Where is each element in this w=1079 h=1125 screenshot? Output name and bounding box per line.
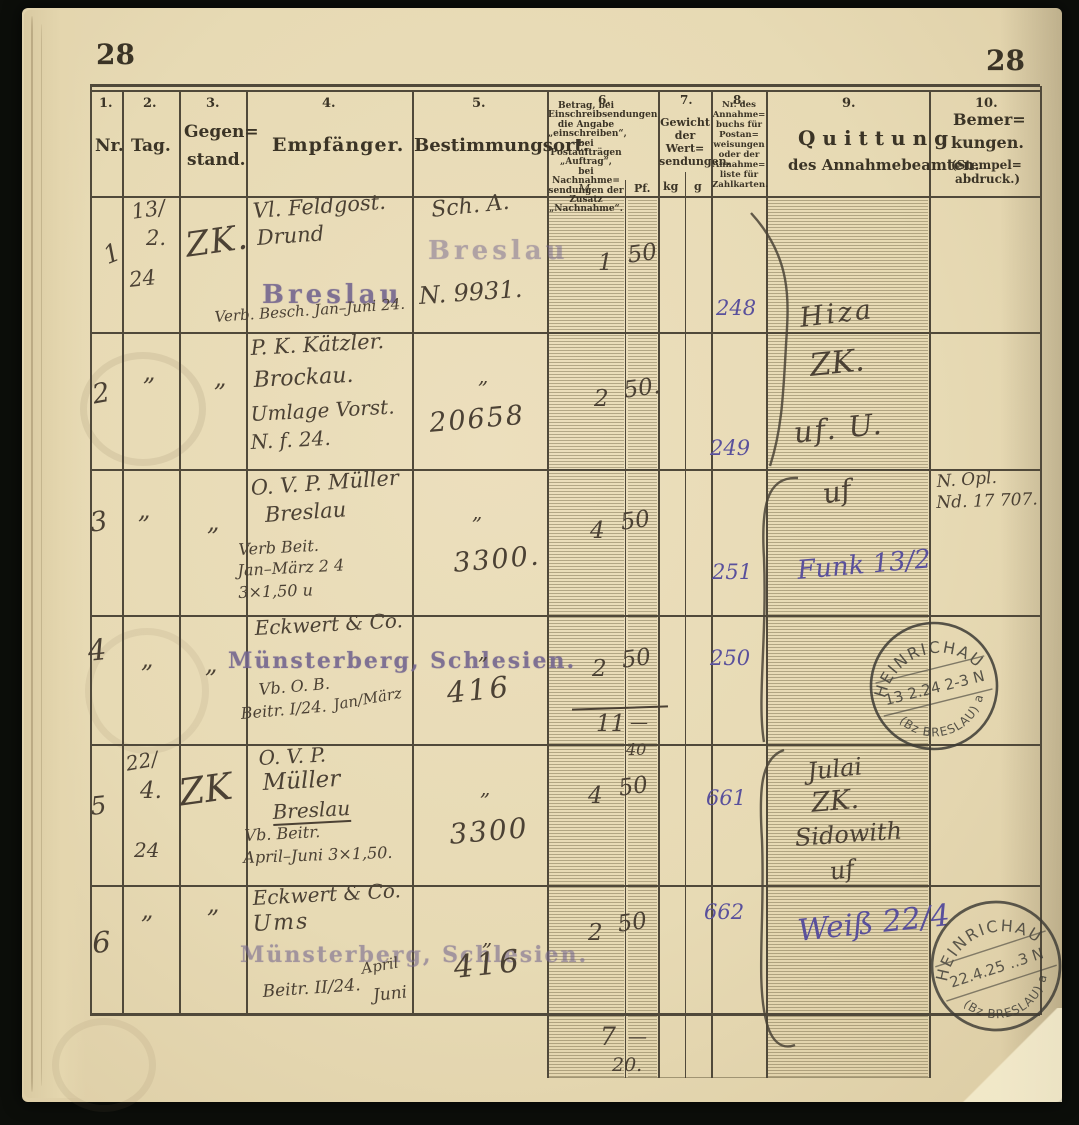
- col7-label-line: Gewicht: [659, 116, 711, 129]
- row4-bestimmungsort: 416: [445, 669, 513, 710]
- row5-gegenstand: ZK: [176, 765, 235, 815]
- col8-label: Nr. des Annahme= buchs für Postan= weisu…: [712, 100, 766, 190]
- row4-gegenstand-ditto: „: [205, 650, 217, 678]
- grid-v-7: [711, 92, 713, 1078]
- col2-number: 2.: [143, 96, 157, 111]
- col9-label-line1: Quittung: [798, 126, 955, 150]
- col10-label-line1: Bemer=: [953, 110, 1026, 129]
- col6-note-line: bei Postaufträgen: [548, 140, 624, 159]
- row1-betrag-m: 1: [598, 250, 613, 276]
- col6-sub-pf: Pf.: [634, 182, 650, 195]
- grid-v-right: [1040, 86, 1042, 1015]
- col1-number: 1.: [99, 96, 113, 111]
- col7-sub-kg: kg: [663, 180, 678, 193]
- row1-betrag-pf: 50: [626, 239, 659, 269]
- row6-nr: 6: [91, 925, 112, 960]
- row3-bemerkung-line2: Nd. 17 707.: [936, 489, 1038, 513]
- grid-v-6: [658, 92, 660, 1078]
- col7-label: Gewicht der Wert= sendungen.: [659, 116, 711, 168]
- row2-empfaenger-line4: N. f. 24.: [250, 426, 331, 454]
- row6-betrag-m: 2: [588, 920, 603, 946]
- col8-label-line: liste für: [712, 170, 766, 180]
- row6-gegenstand-ditto: „: [207, 890, 219, 918]
- col8-label-line: Nr. des: [712, 100, 766, 110]
- col8-label-line: Postan=: [712, 130, 766, 140]
- col7-label-line: sendungen.: [659, 155, 711, 168]
- page-edge-line-1: [31, 16, 33, 1092]
- page-number-left: 28: [96, 38, 135, 71]
- row2-tag-ditto: „: [143, 358, 155, 386]
- col5-number: 5.: [472, 96, 486, 111]
- row6-empfaenger-line2: Ums: [252, 909, 310, 937]
- row5-quittung-line4: uf: [828, 855, 856, 886]
- row3-betrag-m: 4: [590, 518, 605, 544]
- grid-h-overflow: [547, 1077, 929, 1078]
- row4-bestimmungsort-ditto: „: [478, 640, 488, 664]
- col10-number: 10.: [975, 96, 998, 111]
- row3-bemerkung-line1: N. Opl.: [936, 468, 998, 492]
- row3-bestimmungsort-ditto: „: [472, 500, 482, 524]
- row5-empfaenger-line1: O. V. P.: [258, 742, 327, 769]
- grid-h-bottom: [90, 1013, 1040, 1016]
- row3-betrag-pf: 50: [619, 506, 652, 536]
- row2-gegenstand-ditto: „: [214, 364, 226, 392]
- row5-betrag-m: 4: [588, 783, 603, 809]
- row2-bestimmungsort-ditto: „: [478, 364, 488, 388]
- row4-stamp-muensterberg: Münsterberg, Schlesien.: [228, 648, 576, 674]
- col8-label-line: Annahme=: [712, 160, 766, 170]
- col4-number: 4.: [322, 96, 336, 111]
- row5-bestimmungsort: 3300: [448, 811, 530, 851]
- col9-number: 9.: [842, 96, 856, 111]
- row4-betrag-pf: 50: [620, 644, 653, 674]
- row3-gegenstand-ditto: „: [207, 508, 219, 536]
- grid-h-r5: [90, 885, 1040, 887]
- col4-label: Empfänger.: [272, 134, 404, 156]
- row5-empfaenger-line2: Müller: [262, 766, 341, 796]
- row4-sum-m: 11: [596, 711, 625, 737]
- hatch-betrag-pf: [628, 197, 657, 1078]
- col8-label-line: weisungen: [712, 140, 766, 150]
- col8-label-line: Zahlkarten.: [712, 180, 766, 190]
- ghost-stamp-3: [52, 1018, 156, 1112]
- row5-bestimmungsort-ditto: „: [480, 776, 490, 800]
- col10-label-line2: kungen.: [951, 133, 1024, 152]
- row5-empfaenger-note1: Vb. Beitr.: [244, 822, 321, 845]
- row4-nr: 4: [86, 632, 108, 668]
- totals-pf: 20.: [612, 1054, 642, 1076]
- grid-v-kg-g: [685, 172, 686, 1078]
- row1-tag-line3: 24: [128, 265, 157, 292]
- grid-top-outer: [90, 84, 1040, 87]
- row5-betrag-pf: 50: [617, 772, 650, 802]
- row3-quittung-signature: uf: [820, 473, 854, 510]
- grid-v-left: [90, 86, 92, 1015]
- row6-annahme-nr: 662: [704, 900, 744, 924]
- grid-h-r1: [90, 332, 1040, 334]
- totals-m: 7: [600, 1022, 616, 1051]
- col3-label-line1: Gegen=: [184, 122, 259, 142]
- col8-label-line: buchs für: [712, 120, 766, 130]
- row4-betrag-m: 2: [592, 656, 607, 682]
- row6-stamp-muensterberg: Münsterberg, Schlesien.: [240, 942, 588, 968]
- ledger-scan: 28 28 1. 2. 3. 4. 5. 6. 7. 8. 9. 10. Nr.…: [0, 0, 1079, 1125]
- row3-tag-ditto: „: [138, 496, 150, 524]
- row1-empfaenger-line2: Drund: [256, 221, 325, 250]
- row6-tag-ditto: „: [141, 896, 153, 924]
- row1-tag-line1: 13/: [130, 195, 167, 223]
- postmark-heinrichau-1: HEINRICHAU 13 2.24 2-3 N (Bz BRESLAU) a: [858, 610, 1010, 762]
- grid-h-r2: [90, 469, 1040, 471]
- col7-number: 7.: [680, 93, 693, 107]
- row6-empfaenger-note3: Juni: [372, 982, 408, 1005]
- col1-label: Nr.: [95, 136, 124, 156]
- grid-v-2: [179, 92, 181, 1015]
- row5-tag-line3: 24: [134, 838, 159, 862]
- col7-label-line: der: [659, 129, 711, 142]
- grid-v-8: [766, 92, 768, 1078]
- col2-label: Tag.: [131, 136, 171, 156]
- row4-tag-ditto: „: [141, 645, 153, 673]
- col10-label-line4: abdruck.): [955, 172, 1020, 186]
- grid-top-inner: [90, 90, 1040, 92]
- col3-number: 3.: [206, 96, 220, 111]
- row4-sum-dash: —: [630, 712, 648, 733]
- col3-label-line2: stand.: [187, 150, 246, 170]
- row5-annahme-nr: 661: [706, 786, 746, 810]
- row6-bestimmungsort: 416: [452, 943, 524, 986]
- grid-v-4: [412, 92, 414, 1015]
- row3-annahme-nr: 251: [712, 560, 752, 584]
- row5-nr: 5: [89, 790, 108, 821]
- row1-bestimmungsort-stamp: Breslau: [428, 236, 568, 266]
- col6-note: Betrag, bei Einschreibsendungen die Anga…: [548, 102, 624, 215]
- row5-quittung-line2: ZK.: [810, 784, 860, 819]
- col10-label-line3: (Stempel=: [951, 158, 1022, 172]
- postmark-heinrichau-2: HEINRICHAU 22.4.25 ‥3 N (Bz BRESLAU) a: [920, 890, 1072, 1042]
- col6-sub-mark: M: [578, 182, 590, 196]
- row1-tag-line2: 2.: [146, 226, 166, 250]
- page-number-right: 28: [986, 44, 1025, 77]
- row5-tag-line2: 4.: [140, 778, 162, 804]
- row2-betrag-pf: 50.: [622, 373, 662, 404]
- row4-annahme-nr: 250: [710, 646, 750, 670]
- row5-quittung-line1: Julai: [806, 752, 863, 786]
- book-page-edges: [24, 10, 86, 1098]
- row6-betrag-pf: 50: [616, 908, 649, 938]
- col6-note-line: „Nachnahme“.: [548, 205, 624, 214]
- totals-dash: —: [628, 1026, 647, 1048]
- page-edge-line-2: [41, 24, 42, 1086]
- row2-betrag-m: 2: [594, 386, 609, 412]
- col8-label-line: oder der: [712, 150, 766, 160]
- col8-label-line: Annahme=: [712, 110, 766, 120]
- row1-annahme-nr: 248: [716, 296, 756, 320]
- grid-v-1: [122, 92, 124, 1015]
- row2-empfaenger-line2: Brockau.: [253, 363, 354, 393]
- row4-sum-pf: 40: [626, 740, 646, 759]
- row2-quittung-line1: ZK.: [808, 342, 866, 384]
- row2-annahme-nr: 249: [710, 436, 750, 460]
- row3-empfaenger-note3: 3×1,50 u: [238, 580, 313, 602]
- col7-label-line: Wert=: [659, 142, 711, 155]
- col7-sub-g: g: [694, 180, 702, 193]
- grid-v-m-pf: [625, 180, 626, 1078]
